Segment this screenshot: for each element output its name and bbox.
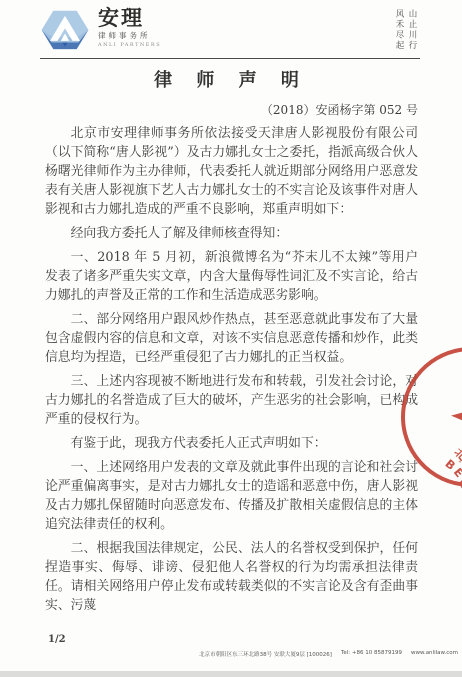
brand-subtitle-en: ANLI PARTNERS [98,43,161,48]
header-divider [40,58,420,59]
scan-edge-shadow [0,671,462,677]
footer-address: 北京市朝阳区东三环北路38号 安联大厦9层 [100026] [199,650,332,658]
seal-serial-number: 1101050218 [456,446,462,470]
document-number: （2018）安函杨字第 052 号 [261,101,418,118]
document-body: 北京市安理律师事务所依法接受天津唐人影视股份有限公司（以下简称“唐人影视”）及古… [45,124,418,620]
motto-column-right: 山止川行 [407,9,417,51]
logo-wordmark: 安理 律师事务所 ANLI PARTNERS [98,7,161,48]
footer-website: www.anlilaw.com [411,650,458,658]
seal-star-icon [448,393,462,437]
anli-hexagon-logo-icon [40,7,90,53]
paragraph-6: 有鉴于此，现我方代表委托人正式声明如下： [45,434,418,453]
calligraphy-motto: 山止川行 风禾尽起 [392,9,418,61]
paragraph-4: 二、部分网络用户跟风炒作热点，甚至恶意就此事发布了大量包含虚假内容的信息和文章，… [45,310,418,367]
paragraph-1: 北京市安理律师事务所依法接受天津唐人影视股份有限公司（以下简称“唐人影视”）及古… [45,124,418,219]
brand-name-cn: 安理 [98,7,161,28]
page-number: 1/2 [48,634,66,645]
paragraph-3: 一、2018 年 5 月初，新浪微博名为“芥末儿不太辣”等用户发表了诸多严重失实… [45,248,418,305]
law-firm-logo: 安理 律师事务所 ANLI PARTNERS [40,7,161,53]
scanned-letter-page: 安理 律师事务所 ANLI PARTNERS 山止川行 风禾尽起 律 师 声 明… [0,0,462,677]
page-title: 律 师 声 明 [0,66,462,92]
footer-tel: Tel: +86 10 85879199 [341,650,402,658]
paragraph-2: 经向我方委托人了解及律师核查得知： [45,224,418,243]
paragraph-5: 三、上述内容现被不断地进行发布和转载，引发社会讨论，对古力娜扎的名誉造成了巨大的… [45,372,418,429]
letterhead-footer: 北京市朝阳区东三环北路38号 安联大厦9层 [100026] Tel: +86 … [188,650,458,658]
paragraph-7: 一、上述网络用户发表的文章及就此事件出现的言论和社会讨论严重偏离事实，是对古力娜… [45,458,418,534]
paragraph-8: 二、根据我国法律规定，公民、法人的名誉权受到保护，任何捏造事实、侮辱、诽谤、侵犯… [45,539,418,615]
motto-column-left: 风禾尽起 [394,9,404,51]
brand-subtitle-cn: 律师事务所 [98,32,161,40]
